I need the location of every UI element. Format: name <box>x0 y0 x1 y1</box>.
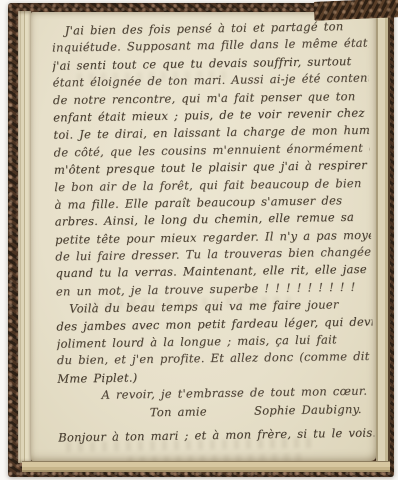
letter-line-5: de notre rencontre, qui m'a fait penser … <box>53 87 369 109</box>
ink-bleedthrough <box>121 453 301 461</box>
letter-postscript-line: Bonjour à ton mari ; et à mon frère, si … <box>58 424 374 446</box>
fore-edge-right <box>376 11 390 467</box>
photo-background: J'ai bien des fois pensé à toi et partag… <box>0 0 398 480</box>
fore-edge-bottom <box>22 461 390 472</box>
letter-page: J'ai bien des fois pensé à toi et partag… <box>31 12 376 461</box>
marbled-corner-top-right <box>314 0 398 21</box>
page-stack-edges-left <box>18 11 31 463</box>
book-marbled-cover: J'ai bien des fois pensé à toi et partag… <box>8 3 394 477</box>
letter-signature-line: Ton amie Sophie Daubigny. <box>58 400 374 422</box>
handwritten-letter-text: J'ai bien des fois pensé à toi et partag… <box>52 18 375 447</box>
